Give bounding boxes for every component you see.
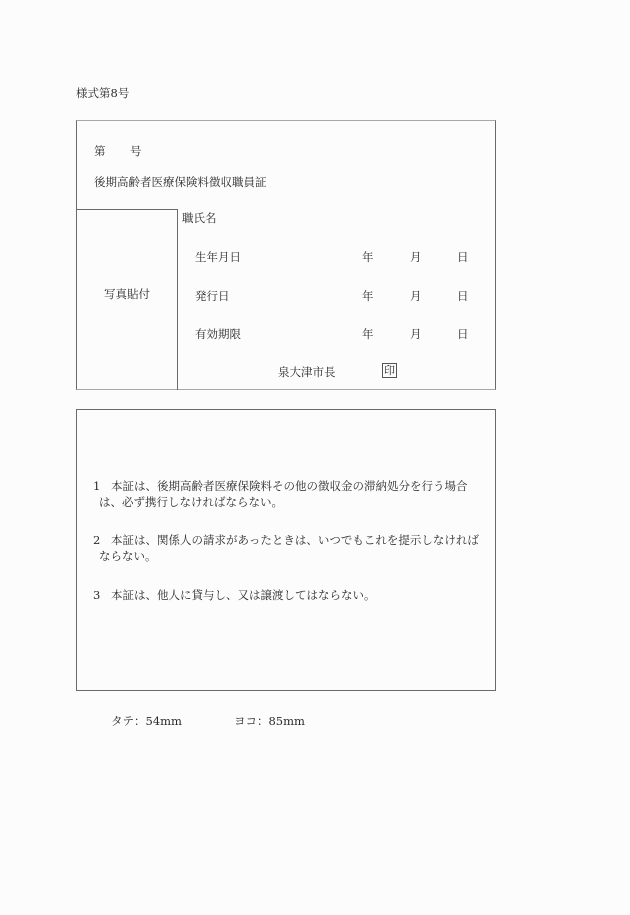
card-number-prefix: 第 (94, 143, 106, 159)
note-number: 3 (93, 587, 111, 603)
id-card-back: 1本証は、後期高齢者医療保険料その他の徴収金の滞納処分を行う場合 は、必ず携行し… (76, 409, 496, 691)
expiry-label: 有効期限 (195, 326, 241, 342)
photo-label: 写真貼付 (77, 286, 177, 302)
issue-date-label: 発行日 (195, 288, 230, 304)
note-text-line1: 本証は、後期高齢者医療保険料その他の徴収金の滞納処分を行う場合 (111, 479, 468, 493)
form-number: 様式第8号 (76, 85, 129, 101)
issue-date-day: 日 (457, 288, 469, 304)
birthdate-year: 年 (362, 249, 374, 265)
birthdate-label: 生年月日 (195, 249, 241, 265)
note-text-line1: 本証は、他人に貸与し、又は譲渡してはならない。 (111, 588, 376, 602)
dimension-width: ヨコ：85mm (234, 714, 305, 728)
expiry-year: 年 (362, 326, 374, 342)
note-text-line1: 本証は、関係人の請求があったときは、いつでもこれを提示しなければ (111, 533, 479, 547)
note-item: 2本証は、関係人の請求があったときは、いつでもこれを提示しなければ ならない。 (93, 532, 493, 564)
issue-date-month: 月 (410, 288, 422, 304)
note-item: 1本証は、後期高齢者医療保険料その他の徴収金の滞納処分を行う場合 は、必ず携行し… (93, 478, 493, 510)
seal-stamp-icon: 印 (382, 363, 397, 378)
issue-date-year: 年 (362, 288, 374, 304)
expiry-day: 日 (457, 326, 469, 342)
birthdate-day: 日 (457, 249, 469, 265)
note-number: 2 (93, 532, 111, 548)
card-title: 後期高齢者医療保険料徴収職員証 (94, 174, 267, 190)
card-number-suffix: 号 (130, 143, 142, 159)
note-number: 1 (93, 478, 111, 494)
name-label: 職氏名 (182, 210, 217, 226)
card-dimensions: タテ：54mmヨコ：85mm (111, 713, 305, 729)
id-card-front: 第 号 後期高齢者医療保険料徴収職員証 写真貼付 職氏名 生年月日 年 月 日 … (76, 120, 496, 390)
note-text-line2: は、必ず携行しなければならない。 (93, 494, 493, 510)
photo-box: 写真貼付 (77, 209, 178, 390)
expiry-month: 月 (410, 326, 422, 342)
birthdate-month: 月 (410, 249, 422, 265)
dimension-height: タテ：54mm (111, 714, 182, 728)
note-item: 3本証は、他人に貸与し、又は譲渡してはならない。 (93, 587, 493, 603)
note-text-line2: ならない。 (93, 548, 493, 564)
issuer-name: 泉大津市長 (278, 364, 336, 380)
